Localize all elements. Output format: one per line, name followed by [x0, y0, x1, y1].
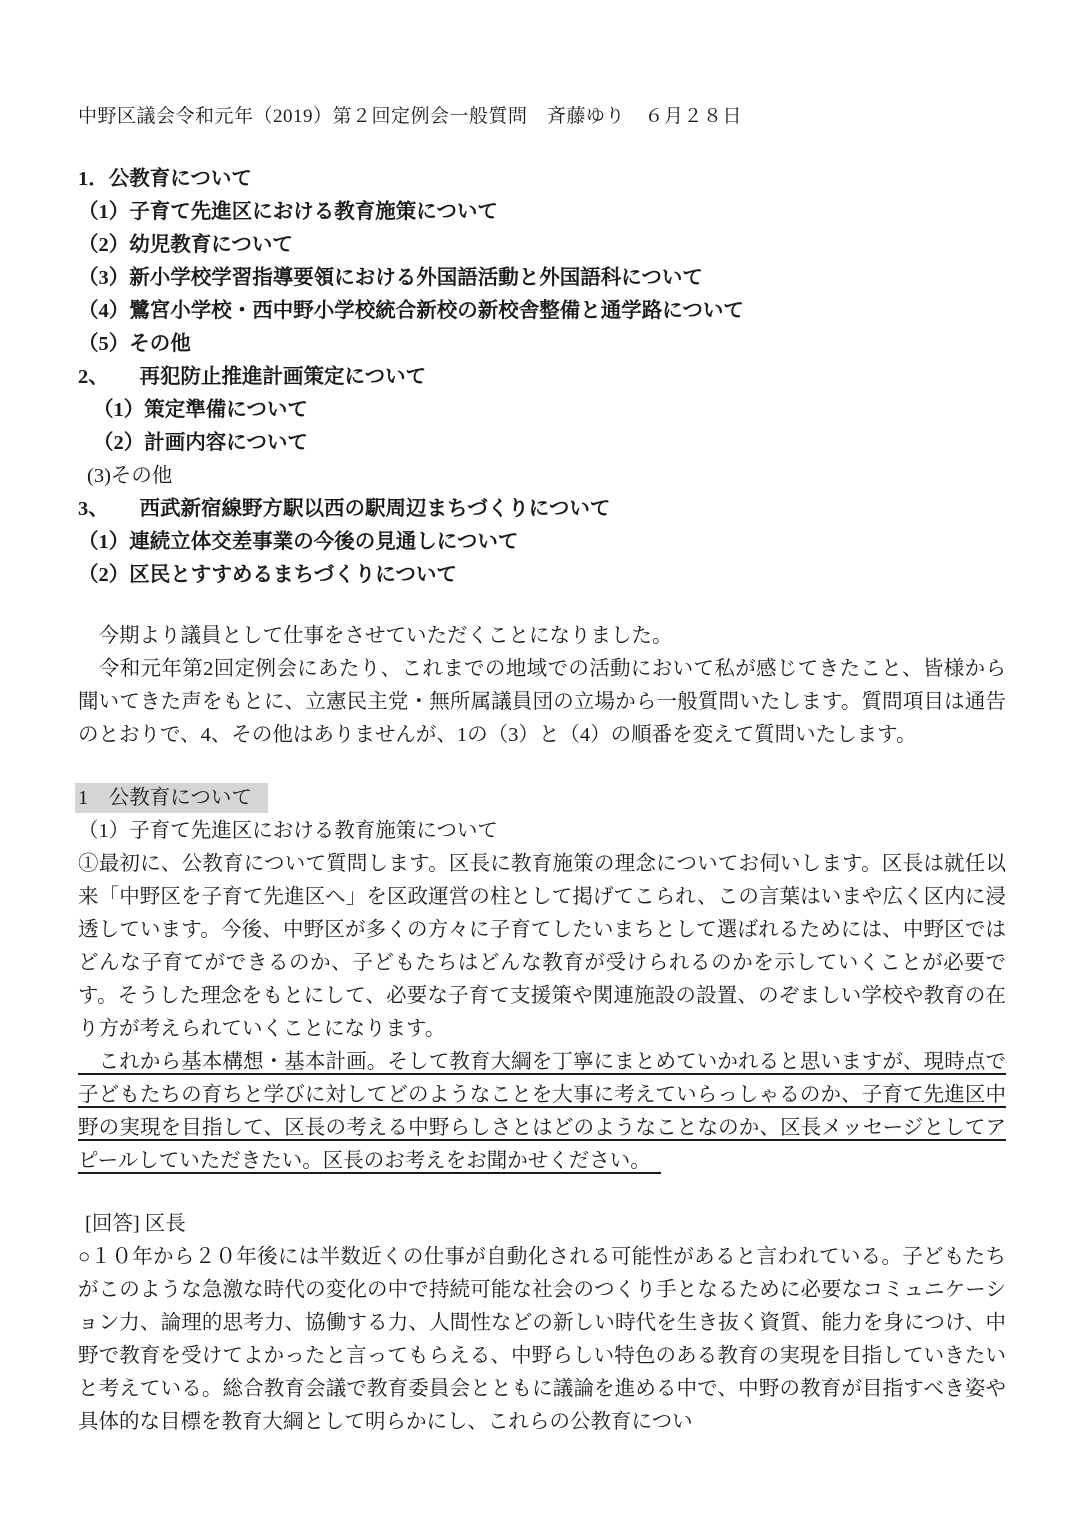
document-title: 中野区議会令和元年（2019）第２回定例会一般質問 斉藤ゆり ６月２８日: [78, 100, 1006, 133]
section-1-question-paragraph: ①最初に、公教育について質問します。区長に教育施策の理念についてお伺いします。区…: [78, 848, 1006, 1046]
agenda-line-1-5: （5）その他: [78, 328, 1006, 361]
document-content: 中野区議会令和元年（2019）第２回定例会一般質問 斉藤ゆり ６月２８日 1．公…: [78, 0, 1006, 1439]
agenda-line-2-3: (3)その他: [78, 460, 1006, 493]
agenda-line-1-1: （1）子育て先進区における教育施策について: [78, 196, 1006, 229]
document-page: 中野区議会令和元年（2019）第２回定例会一般質問 斉藤ゆり ６月２８日 1．公…: [0, 0, 1080, 1527]
question-agenda: 1．公教育について （1）子育て先進区における教育施策について （2）幼児教育に…: [78, 163, 1006, 592]
introduction: 今期より議員として仕事をさせていただくことになりました。 令和元年第2回定例会に…: [78, 620, 1006, 752]
section-1: 1 公教育について （1）子育て先進区における教育施策について ①最初に、公教育…: [78, 782, 1006, 1178]
agenda-line-3-2: （2）区民とすすめるまちづくりについて: [78, 559, 1006, 592]
agenda-line-3-1: （1）連続立体交差事業の今後の見通しについて: [78, 526, 1006, 559]
agenda-line-2-2: （2）計画内容について: [78, 427, 1006, 460]
answer-paragraph: ○１０年から２０年後には半数近くの仕事が自動化される可能性があると言われている。…: [78, 1241, 1006, 1439]
agenda-line-1-3: （3）新小学校学習指導要領における外国語活動と外国語科について: [78, 262, 1006, 295]
agenda-line-2: 2、 再犯防止推進計画策定について: [78, 361, 1006, 394]
agenda-line-3: 3、 西武新宿線野方駅以西の駅周辺まちづくりについて: [78, 493, 1006, 526]
section-1-heading-highlight: 1 公教育について: [75, 783, 268, 813]
agenda-line-2-1: （1）策定準備について: [78, 394, 1006, 427]
agenda-line-1-4: （4）鷺宮小学校・西中野小学校統合新校の新校舎整備と通学路について: [78, 295, 1006, 328]
intro-paragraph-1: 今期より議員として仕事をさせていただくことになりました。: [78, 620, 1006, 653]
agenda-line-1: 1．公教育について: [78, 163, 1006, 196]
answer-label: [回答] 区長: [78, 1208, 1006, 1241]
section-1-underlined-request: これから基本構想・基本計画。そして教育大綱を丁寧にまとめていかれると思いますが、…: [78, 1046, 1006, 1178]
section-1-heading-line: 1 公教育について: [78, 782, 1006, 815]
intro-paragraph-2: 令和元年第2回定例会にあたり、これまでの地域での活動において私が感じてきたこと、…: [78, 653, 1006, 752]
answer-section: [回答] 区長 ○１０年から２０年後には半数近くの仕事が自動化される可能性がある…: [78, 1208, 1006, 1439]
section-1-subheading: （1）子育て先進区における教育施策について: [78, 815, 1006, 848]
agenda-line-1-2: （2）幼児教育について: [78, 229, 1006, 262]
